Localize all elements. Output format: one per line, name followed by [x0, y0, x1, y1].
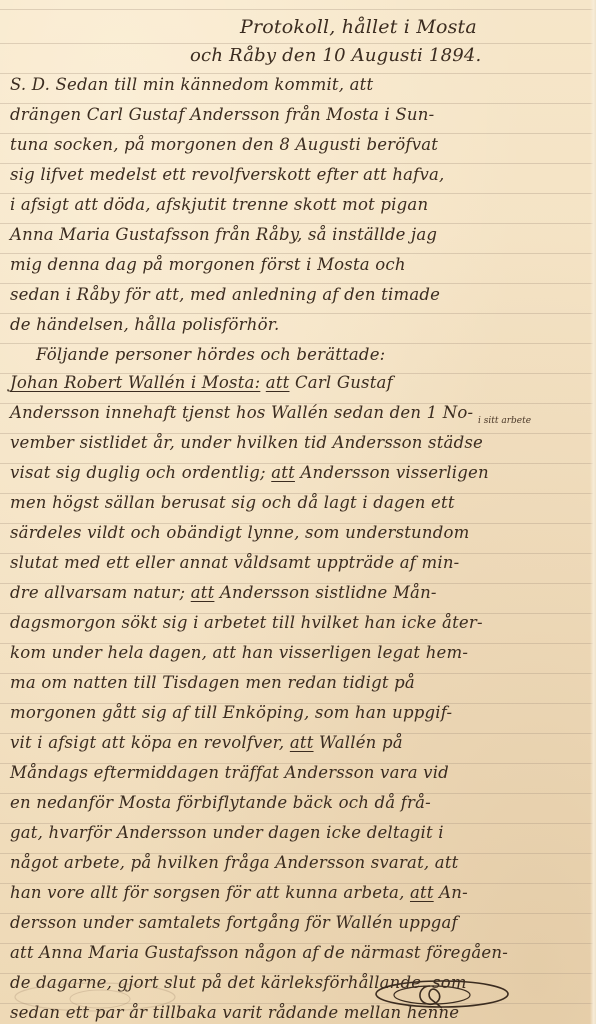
text-line: drängen Carl Gustaf Andersson från Mosta… — [10, 104, 434, 126]
text-line: Andersson innehaft tjenst hos Wallén sed… — [10, 402, 473, 424]
text-line: något arbete, på hvilken fråga Andersson… — [10, 852, 459, 874]
text-fragment: An- — [439, 883, 468, 902]
text-line: dagsmorgon sökt sig i arbetet till hvilk… — [10, 612, 483, 634]
document-title-line-2: och Råby den 10 Augusti 1894. — [190, 45, 481, 67]
att-marker: att — [191, 583, 215, 602]
text-line: vit i afsigt att köpa en revolfver, att … — [10, 732, 403, 754]
text-line: slutat med ett eller annat våldsamt uppt… — [10, 552, 459, 574]
text-line: en nedanför Mosta förbiflytande bäck och… — [10, 792, 431, 814]
att-marker: att — [410, 883, 434, 902]
att-marker: att — [266, 373, 290, 392]
text-line: morgonen gått sig af till Enköping, som … — [10, 702, 452, 724]
text-fragment: han visserligen legat hem- — [242, 643, 468, 662]
text-line: att Anna Maria Gustafsson någon af de nä… — [10, 942, 508, 964]
text-line: gat, hvarför Andersson under dagen icke … — [10, 822, 444, 844]
bleed-through-flourish — [10, 978, 180, 1016]
signature-flourish-icon — [370, 978, 520, 1012]
text-fragment: Andersson sistlidne Mån- — [220, 583, 437, 602]
text-line: mig denna dag på morgonen först i Mosta … — [10, 254, 406, 276]
witness-name: Johan Robert Wallén i Mosta: — [10, 373, 260, 392]
text-line: ma om natten till Tisdagen men redan tid… — [10, 672, 415, 694]
text-line: men högst sällan berusat sig och då lagt… — [10, 492, 455, 514]
text-line: sedan i Råby för att, med anledning af d… — [10, 284, 440, 306]
text-line: särdeles vildt och obändigt lynne, som u… — [10, 522, 469, 544]
text-fragment: visat sig duglig och ordentlig; — [10, 463, 266, 482]
text-fragment: Wallén på — [319, 733, 403, 752]
text-fragment: Andersson visserligen — [300, 463, 488, 482]
att-marker: att — [213, 643, 237, 662]
interlinear-insert: i sitt arbete — [478, 416, 531, 426]
text-line: dre allvarsam natur; att Andersson sistl… — [10, 582, 437, 604]
witness-line: Johan Robert Wallén i Mosta: att Carl Gu… — [10, 372, 393, 394]
text-line: tuna socken, på morgonen den 8 Augusti b… — [10, 134, 438, 156]
text-line: kom under hela dagen, att han visserlige… — [10, 642, 468, 664]
page-edge — [590, 0, 596, 1024]
text-line: visat sig duglig och ordentlig; att Ande… — [10, 462, 489, 484]
section-heading: Följande personer hördes och berättade: — [36, 344, 385, 366]
text-line: Måndags eftermiddagen träffat Andersson … — [10, 762, 449, 784]
document-title-line-1: Protokoll, hållet i Mosta — [240, 16, 477, 38]
text-line: dersson under samtalets fortgång för Wal… — [10, 912, 458, 934]
text-fragment: kom under hela dagen, — [10, 643, 207, 662]
text-fragment: Carl Gustaf — [295, 373, 393, 392]
manuscript-page: Protokoll, hållet i Mosta och Råby den 1… — [0, 0, 596, 1024]
text-line: han vore allt för sorgsen för att kunna … — [10, 882, 468, 904]
text-fragment: han vore allt för sorgsen för att kunna … — [10, 883, 405, 902]
text-line: sig lifvet medelst ett revolfverskott ef… — [10, 164, 445, 186]
text-line: vember sistlidet år, under hvilken tid A… — [10, 432, 483, 454]
text-line: de händelsen, hålla polisförhör. — [10, 314, 279, 336]
text-line: Anna Maria Gustafsson från Råby, så inst… — [10, 224, 437, 246]
att-marker: att — [271, 463, 295, 482]
text-line: S. D. Sedan till min kännedom kommit, at… — [10, 74, 373, 96]
att-marker: att — [290, 733, 314, 752]
text-fragment: vit i afsigt att köpa en revolfver, — [10, 733, 284, 752]
text-line: i afsigt att döda, afskjutit trenne skot… — [10, 194, 428, 216]
text-fragment: dre allvarsam natur; — [10, 583, 185, 602]
